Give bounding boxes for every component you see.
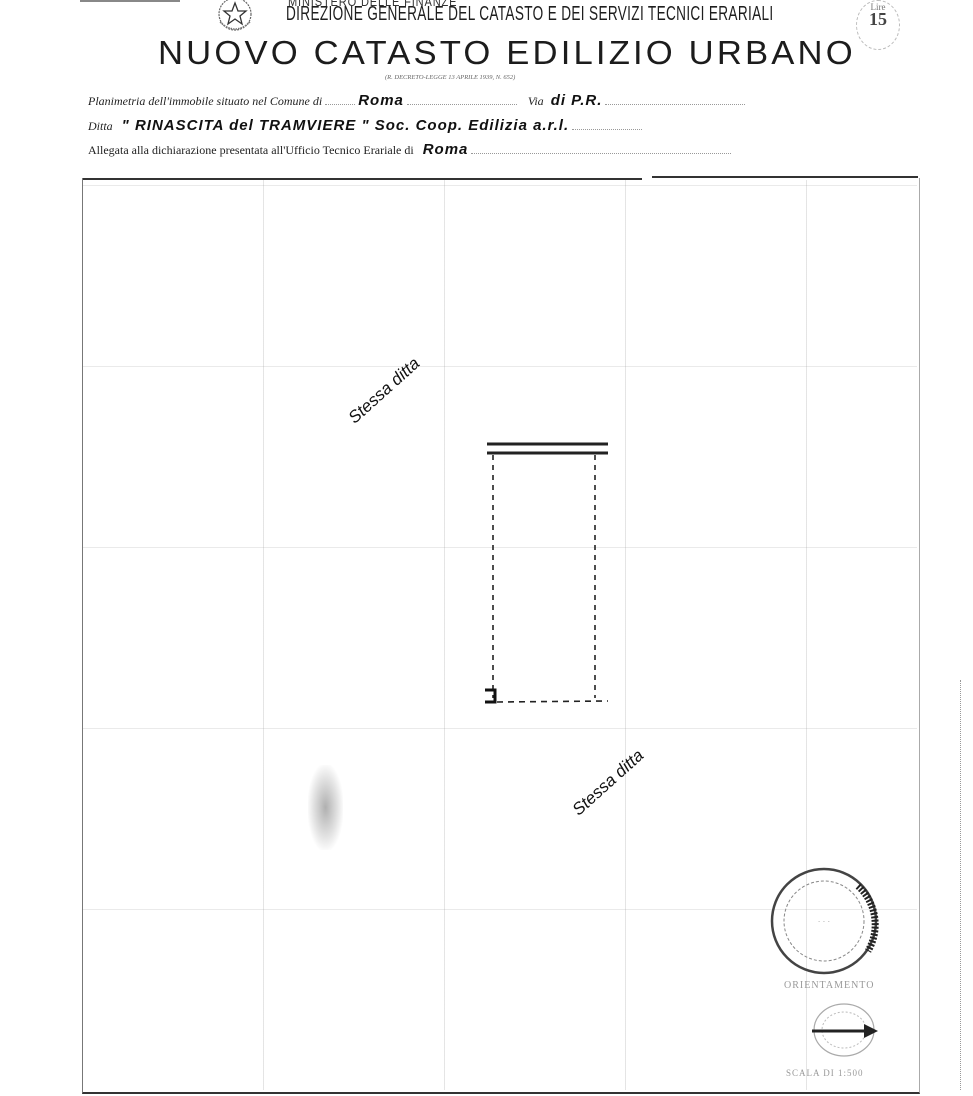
ditta-row: Ditta " RINASCITA del TRAMVIERE " Soc. C… <box>88 117 642 134</box>
italian-republic-emblem-icon <box>210 0 260 34</box>
decree-reference: (R. DECRETO-LEGGE 13 APRILE 1939, N. 652… <box>385 74 515 81</box>
compass-arrow-east-icon <box>808 1000 888 1060</box>
scale-label: SCALA DI 1:500 <box>786 1068 864 1078</box>
header-rule <box>80 0 180 2</box>
page-edge <box>960 680 962 1090</box>
allegata-row: Allegata alla dichiarazione presentata a… <box>88 141 731 158</box>
via-value: di P.R. <box>551 92 603 109</box>
orientation-label: ORIENTAMENTO <box>784 980 874 991</box>
ufficio-value: Roma <box>423 141 469 158</box>
building-outline <box>485 440 610 705</box>
ditta-label: Ditta <box>88 119 113 133</box>
directorate-name: DIREZIONE GENERALE DEL CATASTO E DEI SER… <box>286 3 774 26</box>
ditta-value: " RINASCITA del TRAMVIERE " Soc. Coop. E… <box>122 117 569 134</box>
stamp-fee-value: 15 <box>857 13 899 25</box>
document-title: NUOVO CATASTO EDILIZIO URBANO <box>158 34 856 72</box>
planimetria-label: Planimetria dell'immobile situato nel Co… <box>88 94 322 108</box>
svg-text:· · ·: · · · <box>818 917 830 926</box>
official-round-stamp-icon: · · · <box>768 866 880 976</box>
stamp-fee: Lire 15 <box>856 0 900 50</box>
paper-smudge <box>308 765 343 850</box>
allegata-label: Allegata alla dichiarazione presentata a… <box>88 143 414 157</box>
planimetria-row: Planimetria dell'immobile situato nel Co… <box>88 92 745 109</box>
comune-value: Roma <box>358 92 404 109</box>
via-label: Via <box>528 94 544 108</box>
